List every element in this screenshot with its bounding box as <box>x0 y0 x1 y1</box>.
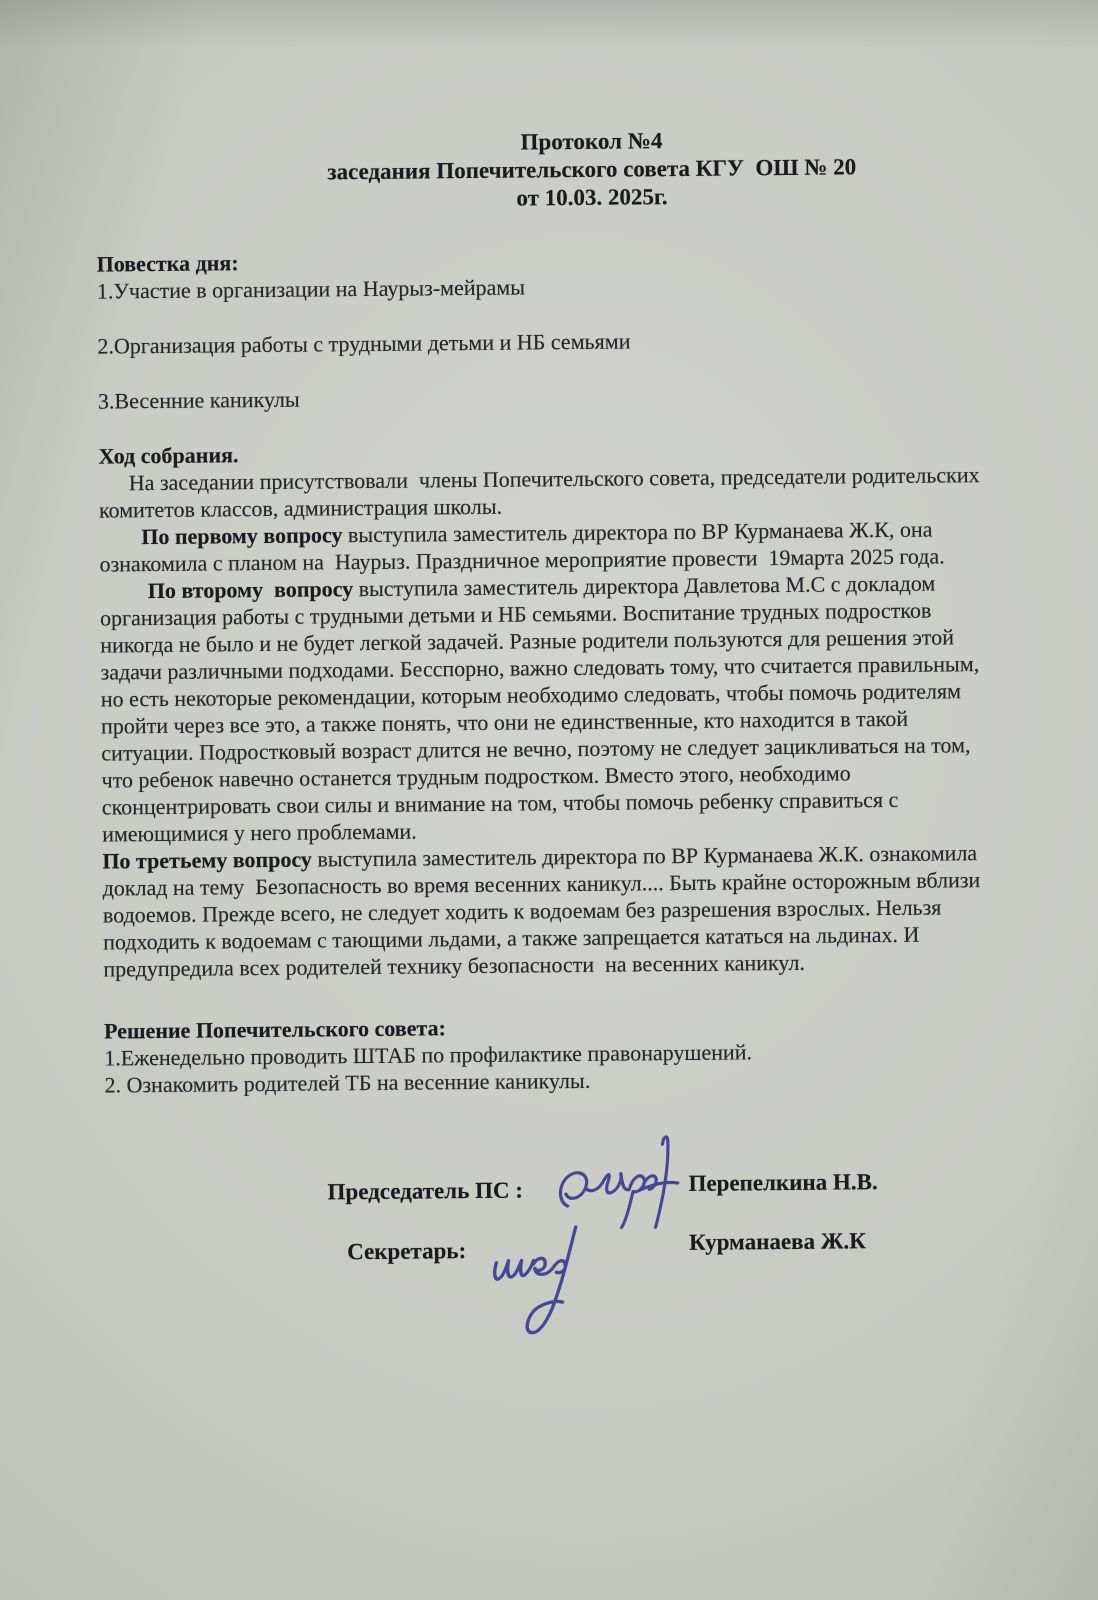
second-question-text: выступила заместитель директора Давлетов… <box>100 571 979 847</box>
agenda-item-3: 3.Весенние каникулы <box>98 378 1048 414</box>
secretary-name: Курманаева Ж.К <box>689 1227 866 1257</box>
second-question-lead: По второму вопросу <box>148 576 354 603</box>
secretary-signature-icon <box>483 1222 602 1343</box>
third-question-paragraph: По третьему вопросу выступила заместител… <box>102 838 1053 982</box>
document-content: Протокол №4 заседания Попечительского со… <box>95 123 1054 1098</box>
chairman-label: Председатель ПС : <box>327 1177 523 1207</box>
agenda-item-2: 2.Организация работы с трудными детьми и… <box>97 323 1047 359</box>
signature-block: Председатель ПС : Перепелкина Н.В. Секре… <box>105 1125 1058 1434</box>
scanned-protocol-document: Протокол №4 заседания Попечительского со… <box>0 0 1098 1600</box>
third-question-lead: По третьему вопросу <box>102 847 312 874</box>
chairman-name: Перепелкина Н.В. <box>688 1168 877 1198</box>
second-question-paragraph: По второму вопросу выступила заместитель… <box>100 568 1053 847</box>
secretary-label: Секретарь: <box>347 1237 466 1266</box>
course-intro-paragraph: На заседании присутствовали члены Попечи… <box>99 460 1049 523</box>
first-question-lead: По первому вопросу <box>141 522 342 549</box>
first-question-paragraph: По первому вопросу выступила заместитель… <box>99 514 1049 577</box>
document-title: Протокол №4 заседания Попечительского со… <box>95 123 1046 216</box>
